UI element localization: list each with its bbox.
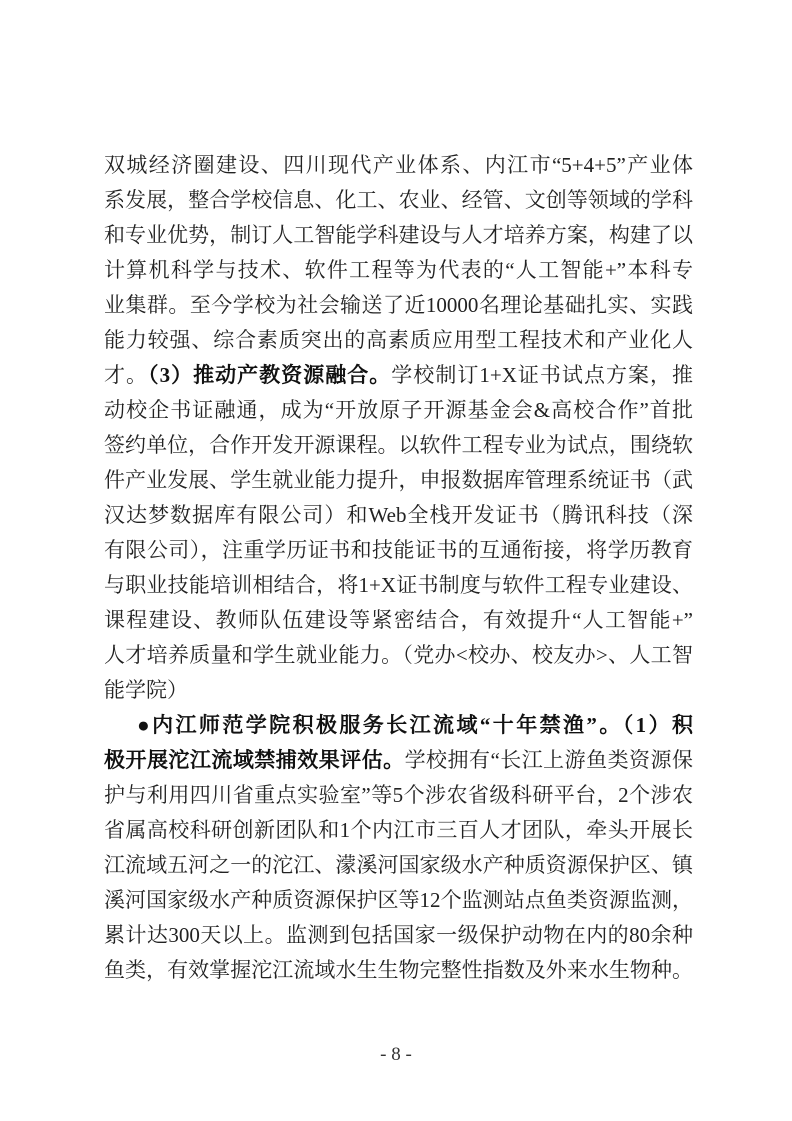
text-segment-bold: （3）推动产教资源融合。 [148, 363, 391, 387]
text-segment: 课程建设、教师队伍建设等紧密结合，有效提升“人工智能+” [104, 608, 693, 632]
text-segment: 护与利用四川省重点实验室”等5个涉农省级科研平台，2个涉农 [104, 783, 693, 807]
page-number: - 8 - [0, 1044, 792, 1066]
text-line: 省属高校科研创新团队和1个内江市三百人才团队，牵头开展长 [104, 813, 693, 848]
text-segment: 溪河国家级水产种质资源保护区等12个监测站点鱼类资源监测， [104, 888, 693, 912]
text-line: 江流域五河之一的沱江、濛溪河国家级水产种质资源保护区、镇 [104, 848, 693, 883]
text-line: 才。（3）推动产教资源融合。学校制订1+X证书试点方案，推 [104, 358, 693, 393]
text-line: ●内江师范学院积极服务长江流域“十年禁渔”。（1）积 [104, 708, 693, 743]
text-line: 汉达梦数据库有限公司）和Web全栈开发证书（腾讯科技（深圳） [104, 498, 693, 533]
text-line: 签约单位，合作开发开源课程。以软件工程专业为试点，围绕软 [104, 428, 693, 463]
text-line: 有限公司），注重学历证书和技能证书的互通衔接，将学历教育 [104, 533, 693, 568]
text-segment: 签约单位，合作开发开源课程。以软件工程专业为试点，围绕软 [104, 433, 693, 457]
text-segment-bold: ●内江师范学院积极服务长江流域“十年禁渔”。（1）积 [137, 713, 693, 737]
text-segment: 汉达梦数据库有限公司）和Web全栈开发证书（腾讯科技（深圳） [104, 503, 693, 533]
text-segment: 能力较强、综合素质突出的高素质应用型工程技术和产业化人 [104, 328, 693, 352]
text-segment: 省属高校科研创新团队和1个内江市三百人才团队，牵头开展长 [104, 818, 693, 842]
text-segment: 计算机科学与技术、软件工程等为代表的“人工智能+”本科专 [104, 258, 693, 282]
text-line: 能力较强、综合素质突出的高素质应用型工程技术和产业化人 [104, 323, 693, 358]
text-line: 人才培养质量和学生就业能力。（党办<校办、校友办>、人工智 [104, 638, 693, 673]
text-segment: 才。 [104, 363, 148, 387]
text-segment: 与职业技能培训相结合，将1+X证书制度与软件工程专业建设、 [104, 573, 693, 597]
text-line: 动校企书证融通，成为“开放原子开源基金会&高校合作”首批 [104, 393, 693, 428]
document-page: 双城经济圈建设、四川现代产业体系、内江市“5+4+5”产业体系发展，整合学校信息… [0, 0, 792, 1121]
text-segment: 江流域五河之一的沱江、濛溪河国家级水产种质资源保护区、镇 [104, 853, 693, 877]
text-segment: 学校制订1+X证书试点方案，推 [391, 363, 693, 387]
text-line: 计算机科学与技术、软件工程等为代表的“人工智能+”本科专 [104, 253, 693, 288]
text-segment: 动校企书证融通，成为“开放原子开源基金会&高校合作”首批 [104, 398, 693, 422]
text-line: 双城经济圈建设、四川现代产业体系、内江市“5+4+5”产业体 [104, 148, 693, 183]
text-segment: 件产业发展、学生就业能力提升，申报数据库管理系统证书（武 [104, 468, 693, 492]
text-line: 护与利用四川省重点实验室”等5个涉农省级科研平台，2个涉农 [104, 778, 693, 813]
text-segment: 人才培养质量和学生就业能力。（党办<校办、校友办>、人工智 [104, 643, 693, 667]
text-segment: 和专业优势，制订人工智能学科建设与人才培养方案，构建了以 [104, 223, 693, 247]
text-line: 能学院） [104, 673, 693, 708]
text-line: 业集群。至今学校为社会输送了近10000名理论基础扎实、实践 [104, 288, 693, 323]
text-line: 系发展，整合学校信息、化工、农业、经管、文创等领域的学科 [104, 183, 693, 218]
text-segment: 累计达300天以上。监测到包括国家一级保护动物在内的80余种 [104, 923, 693, 947]
text-segment: 学校拥有“长江上游鱼类资源保 [405, 748, 693, 772]
text-line: 鱼类，有效掌握沱江流域水生生物完整性指数及外来水生物种。 [104, 953, 693, 988]
text-line: 和专业优势，制订人工智能学科建设与人才培养方案，构建了以 [104, 218, 693, 253]
text-segment: 能学院） [104, 678, 188, 702]
text-line: 课程建设、教师队伍建设等紧密结合，有效提升“人工智能+” [104, 603, 693, 638]
text-line: 件产业发展、学生就业能力提升，申报数据库管理系统证书（武 [104, 463, 693, 498]
text-segment: 鱼类，有效掌握沱江流域水生生物完整性指数及外来水生物种。 [104, 958, 693, 982]
page-body: 双城经济圈建设、四川现代产业体系、内江市“5+4+5”产业体系发展，整合学校信息… [104, 148, 693, 988]
text-line: 与职业技能培训相结合，将1+X证书制度与软件工程专业建设、 [104, 568, 693, 603]
text-segment: 业集群。至今学校为社会输送了近10000名理论基础扎实、实践 [104, 293, 693, 317]
text-line: 累计达300天以上。监测到包括国家一级保护动物在内的80余种 [104, 918, 693, 953]
text-segment: 有限公司），注重学历证书和技能证书的互通衔接，将学历教育 [104, 538, 693, 562]
text-line: 溪河国家级水产种质资源保护区等12个监测站点鱼类资源监测， [104, 883, 693, 918]
text-segment-bold: 极开展沱江流域禁捕效果评估。 [104, 748, 405, 772]
text-segment: 双城经济圈建设、四川现代产业体系、内江市“5+4+5”产业体 [104, 153, 693, 177]
text-line: 极开展沱江流域禁捕效果评估。学校拥有“长江上游鱼类资源保 [104, 743, 693, 778]
text-segment: 系发展，整合学校信息、化工、农业、经管、文创等领域的学科 [104, 188, 693, 212]
